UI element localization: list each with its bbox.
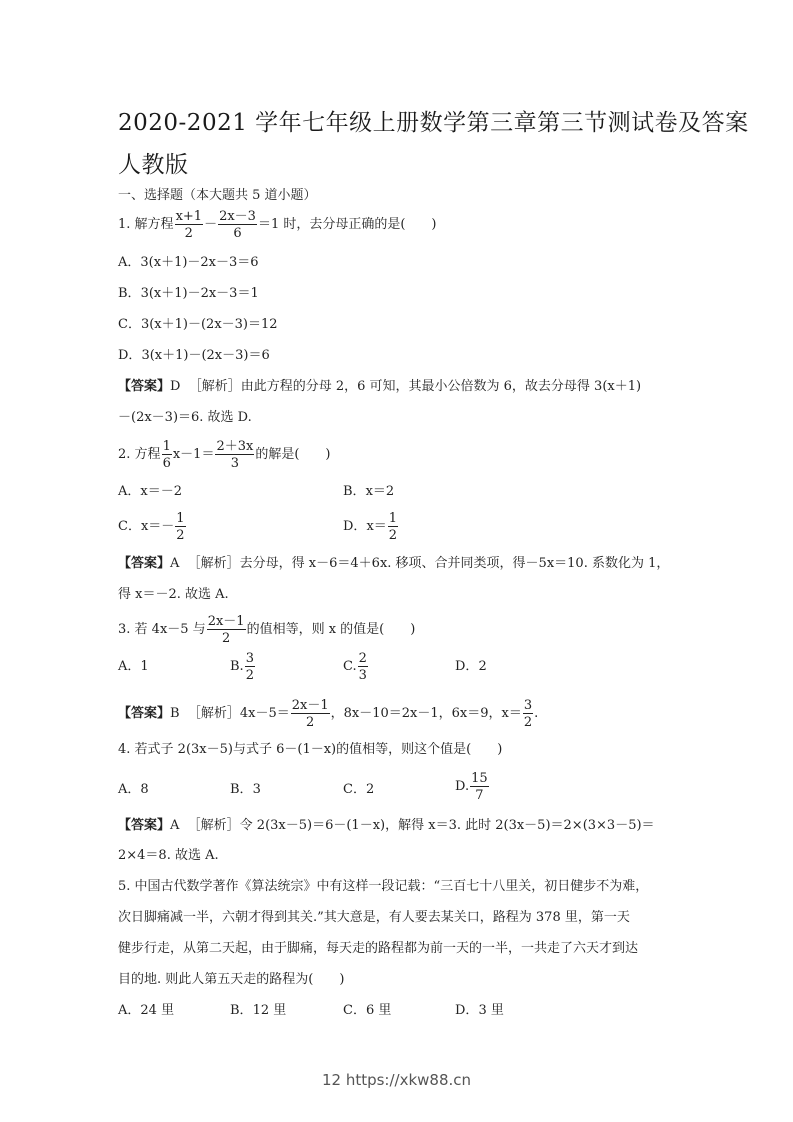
q1-suffix: ＝1 时，去分母正确的是( ) (258, 217, 437, 232)
q4-option-a: A．8 (118, 778, 149, 797)
q1-option-c: C．3(x＋1)－(2x－3)＝12 (118, 313, 278, 332)
q4-answer: 【答案】A ［解析］令 2(3x－5)＝6－(1－x)，解得 x＝3. 此时 2… (118, 814, 655, 833)
question-5-stem-l2: 次日脚痛减一半，六朝才得到其关.”其大意是，有人要去某关口，路程为 378 里，… (118, 906, 630, 925)
q1-option-b: B．3(x＋1)－2x－3＝1 (118, 282, 259, 301)
q2-fraction-2: 2＋3x3 (215, 439, 254, 472)
q1-fraction-1: x+12 (175, 209, 204, 242)
q2-option-a: A．x＝－2 (118, 480, 182, 499)
q3-fraction: 2x－12 (207, 614, 246, 647)
q1-number: 1. (118, 217, 130, 232)
q4-option-d: D.157 (455, 770, 490, 803)
q2-answer-cont: 得 x＝－2. 故选 A. (118, 583, 229, 602)
q4-option-c: C．2 (343, 778, 374, 797)
question-5-stem-l4: 目的地. 则此人第五天走的路程为( ) (118, 968, 344, 987)
question-5-stem-l1: 5. 中国古代数学著作《算法统宗》中有这样一段记载：“三百七十八里关，初日健步不… (118, 875, 648, 894)
q1-answer: 【答案】D ［解析］由此方程的分母 2，6 可知，其最小公倍数为 6，故去分母得… (118, 375, 641, 394)
question-3-stem: 3. 若 4x－5 与2x－12的值相等，则 x 的值是( ) (118, 613, 415, 646)
q1-option-a: A．3(x＋1)－2x－3＝6 (118, 251, 259, 270)
q3-option-a: A．1 (118, 655, 149, 674)
document-page: 2020-2021 学年七年级上册数学第三章第三节测试卷及答案 人教版 一、选择… (0, 0, 793, 1122)
q5-option-a: A．24 里 (118, 999, 174, 1018)
q5-option-c: C．6 里 (343, 999, 391, 1018)
q3-answer: 【答案】B ［解析］4x－5＝2x－12，8x－10＝2x－1，6x＝9，x＝3… (118, 697, 538, 730)
q1-option-d: D．3(x＋1)－(2x－3)＝6 (118, 344, 270, 363)
section-heading: 一、选择题（本大题共 5 道小题） (118, 184, 317, 203)
doc-title-line2: 人教版 (118, 146, 189, 179)
q2-fraction-1: 16 (162, 439, 172, 472)
q4-option-b: B．3 (230, 778, 261, 797)
q2-answer: 【答案】A ［解析］去分母，得 x－6＝4＋6x. 移项、合并同类项，得－5x＝… (118, 552, 669, 571)
q2-option-b: B．x＝2 (343, 480, 394, 499)
question-4-stem: 4. 若式子 2(3x－5)与式子 6－(1－x)的值相等，则这个值是( ) (118, 738, 502, 757)
q2-option-d: D．x＝12 (343, 510, 399, 543)
q1-prefix: 解方程 (135, 217, 174, 232)
q2-option-c: C．x＝－12 (118, 510, 187, 543)
q4-answer-cont: 2×4＝8. 故选 A. (118, 844, 219, 863)
q3-option-b: B.32 (230, 650, 256, 683)
q1-fraction-2: 2x－36 (218, 209, 257, 242)
q3-option-c: C.23 (343, 650, 369, 683)
page-footer[interactable]: 12 https://xkw88.cn (0, 1071, 793, 1089)
q1-answer-cont: －(2x－3)＝6. 故选 D. (118, 406, 252, 425)
q5-option-d: D．3 里 (455, 999, 504, 1018)
doc-title-line1: 2020-2021 学年七年级上册数学第三章第三节测试卷及答案 (118, 104, 749, 137)
q3-option-d: D．2 (455, 655, 487, 674)
question-1-stem: 1. 解方程x+12－2x－36＝1 时，去分母正确的是( ) (118, 208, 437, 241)
question-2-stem: 2. 方程16x－1＝2＋3x3的解是( ) (118, 438, 330, 471)
q5-option-b: B．12 里 (230, 999, 286, 1018)
question-5-stem-l3: 健步行走，从第二天起，由于脚痛，每天走的路程都为前一天的一半，一共走了六天才到达 (118, 937, 638, 956)
